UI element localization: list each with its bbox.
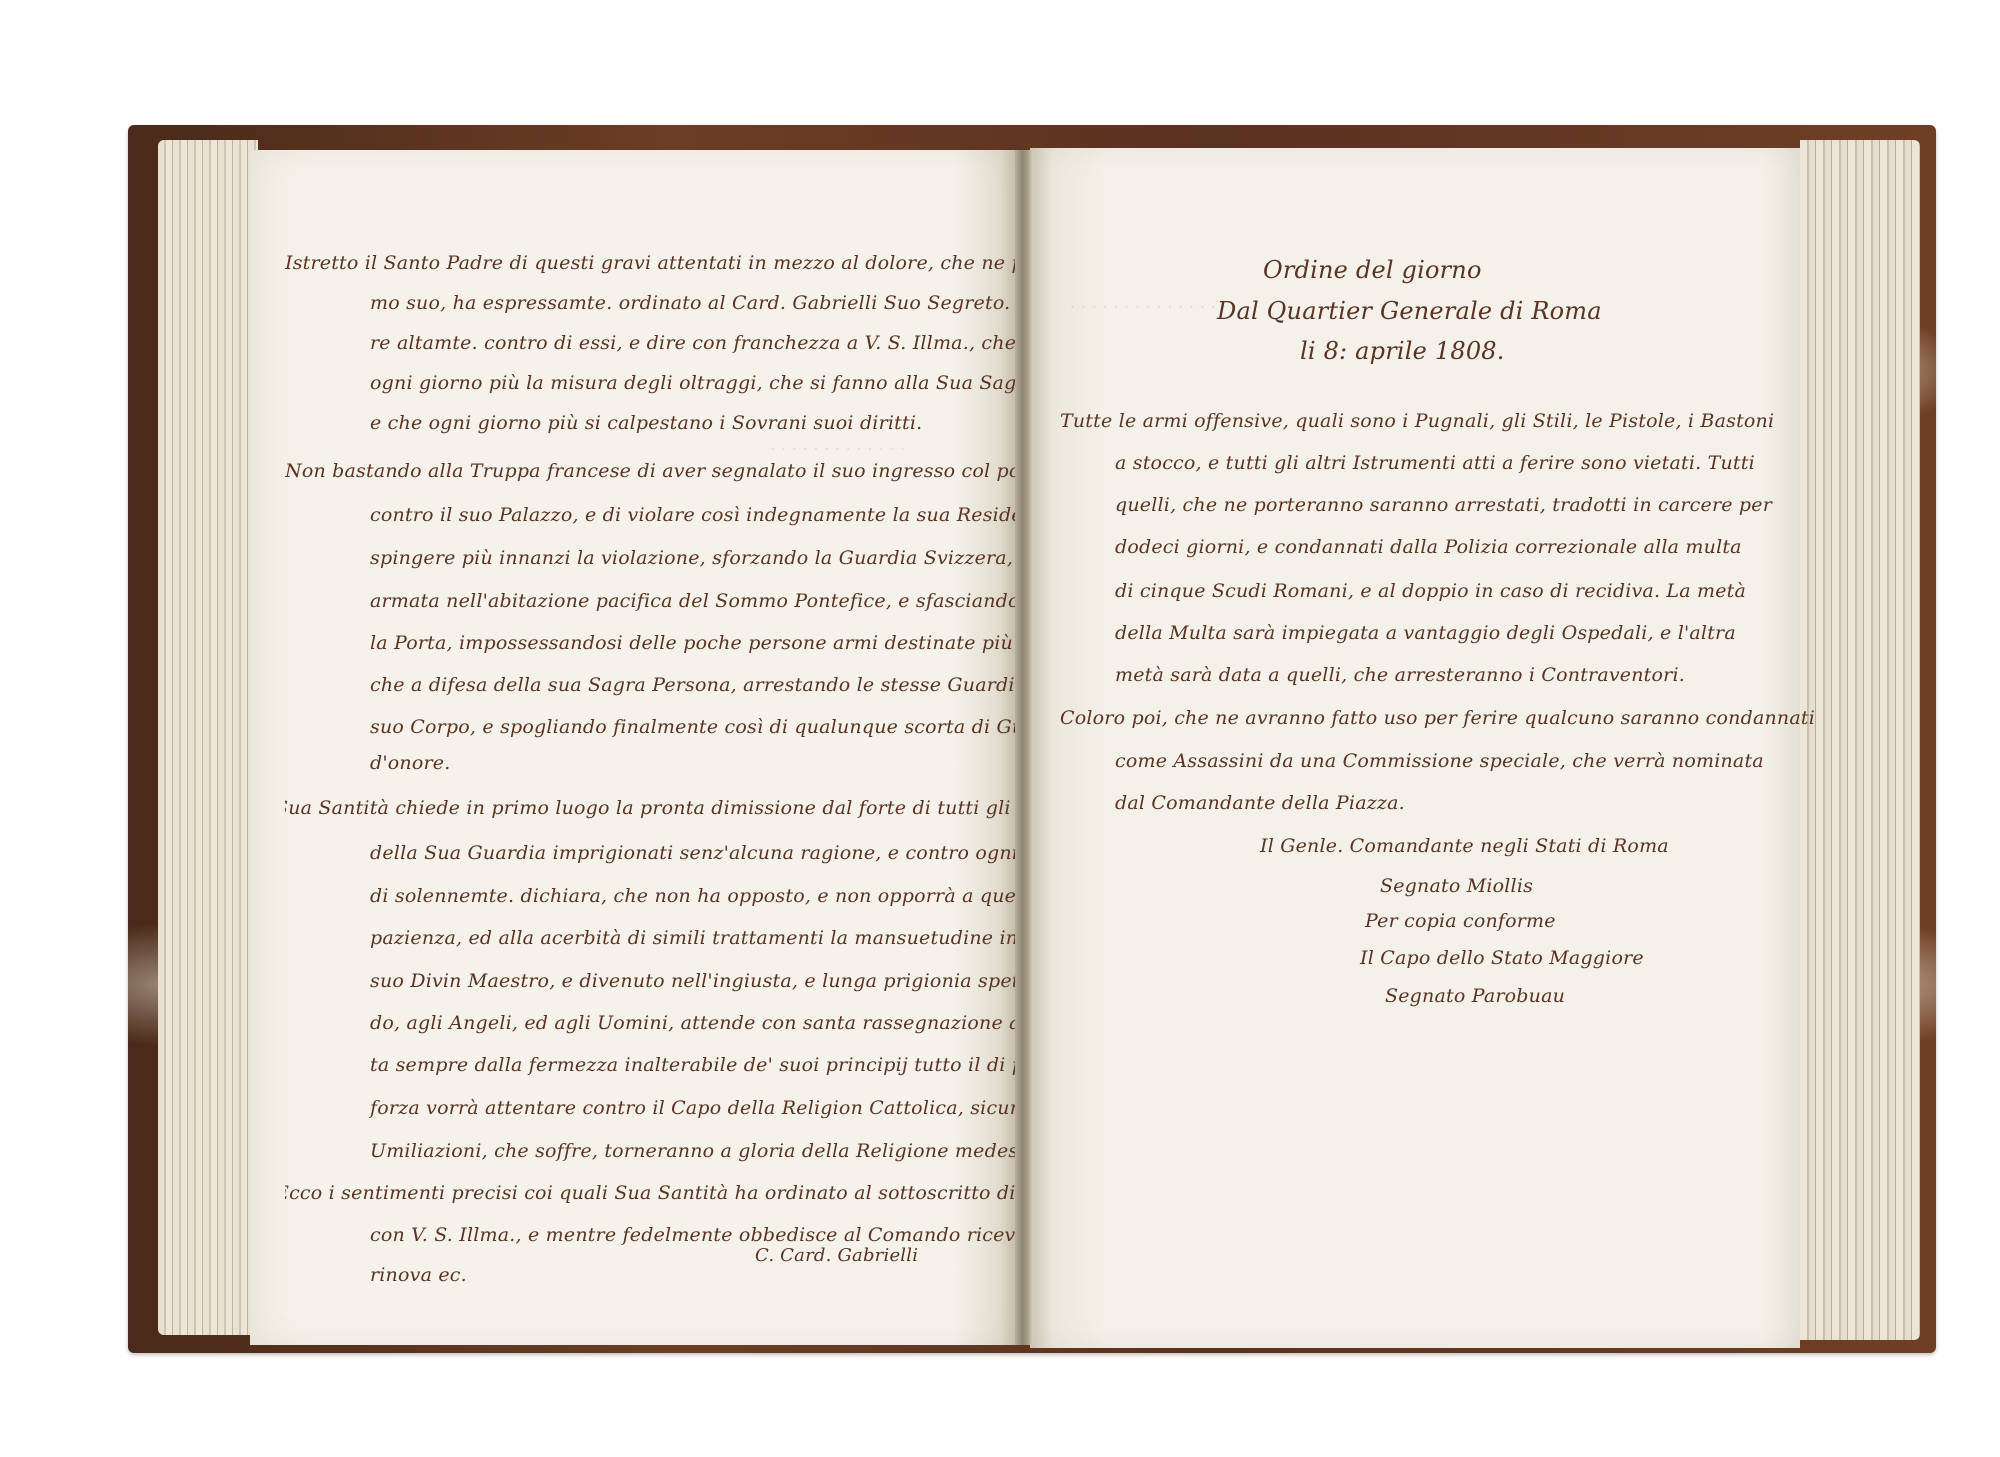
manuscript-line: d'onore.	[370, 752, 450, 774]
manuscript-line: come Assassini da una Commissione specia…	[1115, 750, 1764, 772]
manuscript-line: Tutte le armi offensive, quali sono i Pu…	[1060, 410, 1774, 432]
manuscript-line: forza vorrà attentare contro il Capo del…	[370, 1097, 1015, 1119]
document-subtitle: Dal Quartier Generale di Roma	[1217, 297, 1602, 325]
manuscript-line: con V. S. Illma., e mentre fedelmente ob…	[370, 1224, 1015, 1246]
manuscript-line: di cinque Scudi Romani, e al doppio in c…	[1115, 580, 1746, 602]
manuscript-line: suo Divin Maestro, e divenuto nell'ingiu…	[370, 970, 1015, 992]
manuscript-line: che a difesa della sua Sagra Persona, ar…	[370, 674, 1015, 696]
signature: C. Card. Gabrielli	[755, 1245, 918, 1266]
manuscript-line: ogni giorno più la misura degli oltraggi…	[370, 372, 1015, 394]
right-page-text: Tutte le armi offensive, quali sono i Pu…	[1060, 410, 1800, 1210]
manuscript-line: spingere più innanzi la violazione, sfor…	[370, 547, 1015, 569]
manuscript-line: metà sarà data a quelli, che arresterann…	[1115, 664, 1685, 686]
manuscript-line: dal Comandante della Piazza.	[1115, 792, 1405, 814]
manuscript-line: Umiliazioni, che soffre, torneranno a gl…	[370, 1140, 1015, 1162]
document-title: Ordine del giorno	[1263, 256, 1482, 284]
book-gutter	[1015, 150, 1033, 1345]
document-date: li 8: aprile 1808.	[1300, 337, 1505, 365]
manuscript-line: rinova ec.	[370, 1264, 467, 1282]
manuscript-line: Il Genle. Comandante negli Stati di Roma	[1260, 835, 1669, 857]
manuscript-line: Sua Santità chiede in primo luogo la pro…	[285, 797, 1015, 819]
manuscript-line: pazienza, ed alla acerbità di simili tra…	[370, 927, 1015, 949]
manuscript-line: a stocco, e tutti gli altri Istrumenti a…	[1115, 452, 1755, 474]
manuscript-line: della Multa sarà impiegata a vantaggio d…	[1115, 622, 1736, 644]
manuscript-line: Segnato Parobuau	[1385, 985, 1565, 1007]
manuscript-line: di solennemte. dichiara, che non ha oppo…	[370, 885, 1015, 907]
manuscript-line: quelli, che ne porteranno saranno arrest…	[1115, 494, 1772, 516]
manuscript-line: Coloro poi, che ne avranno fatto uso per…	[1060, 707, 1815, 729]
manuscript-line: mo suo, ha espressamte. ordinato al Card…	[370, 292, 1015, 314]
manuscript-line: la Porta, impossessandosi delle poche pe…	[370, 632, 1015, 654]
page-edges-left	[158, 140, 258, 1335]
manuscript-line: della Sua Guardia imprigionati senz'alcu…	[370, 842, 1015, 864]
page-edges-right	[1800, 140, 1920, 1340]
manuscript-line: suo Corpo, e spogliando finalmente così …	[370, 716, 1015, 738]
manuscript-line: Per copia conforme	[1365, 910, 1556, 932]
manuscript-line: dodeci giorni, e condannati dalla Polizi…	[1115, 536, 1742, 558]
left-page-text: Istretto il Santo Padre di questi gravi …	[285, 252, 1015, 1282]
manuscript-line: re altamte. contro di essi, e dire con f…	[370, 332, 1015, 354]
manuscript-line: armata nell'abitazione pacifica del Somm…	[370, 590, 1015, 612]
manuscript-line: e che ogni giorno più si calpestano i So…	[370, 412, 922, 434]
manuscript-line: Segnato Miollis	[1380, 875, 1533, 897]
manuscript-line: Il Capo dello Stato Maggiore	[1360, 947, 1644, 969]
manuscript-line: ta sempre dalla fermezza inalterabile de…	[370, 1054, 1015, 1076]
manuscript-line: Istretto il Santo Padre di questi gravi …	[285, 252, 1015, 274]
manuscript-line: Non bastando alla Truppa francese di ave…	[285, 460, 1015, 482]
manuscript-line: Ecco i sentimenti precisi coi quali Sua …	[285, 1182, 1015, 1204]
manuscript-line: do, agli Angeli, ed agli Uomini, attende…	[370, 1012, 1015, 1034]
manuscript-line: contro il suo Palazzo, e di violare così…	[370, 504, 1015, 526]
